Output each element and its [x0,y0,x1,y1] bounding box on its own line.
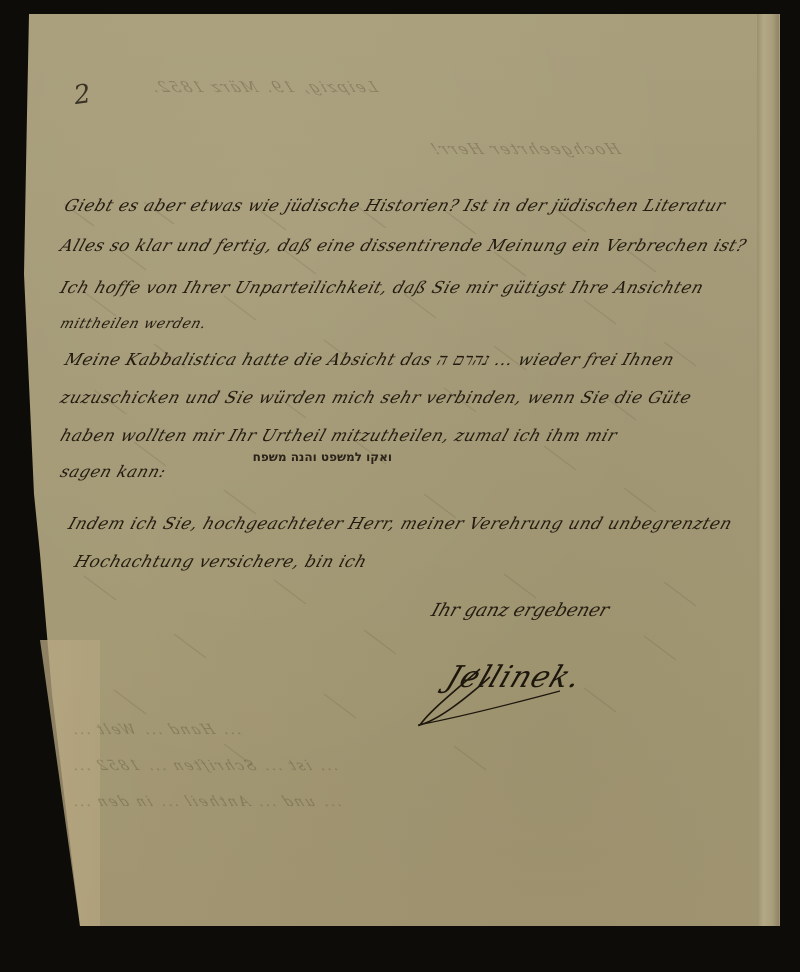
letter-line: mittheilen werden. [58,316,209,332]
closing-line: Indem ich Sie, hochgeachteter Herr, mein… [66,514,735,533]
signature-flourish [410,655,630,735]
closing-line: Hochachtung versichere, bin ich [72,552,370,571]
hebrew-quotation: ואקו למשפט והנה משפח [232,450,392,464]
letter-line: Meine Kabbalistica hatte die Absicht das… [62,350,677,370]
letter-line: Giebt es aber etwas wie jüdische Histori… [62,196,728,215]
letter-line: sagen kann: [58,462,169,481]
letter-line: Alles so klar und fertig, daß eine disse… [58,236,749,255]
letter-line: haben wollten mir Ihr Urtheil mitzutheil… [58,426,620,445]
letter-line: Ich hoffe von Ihrer Unparteilichkeit, da… [58,278,706,297]
valediction: Ihr ganz ergebener [429,600,612,621]
page-number: 2 [72,79,93,111]
letter-line: zuzuschicken und Sie würden mich sehr ve… [58,388,694,407]
